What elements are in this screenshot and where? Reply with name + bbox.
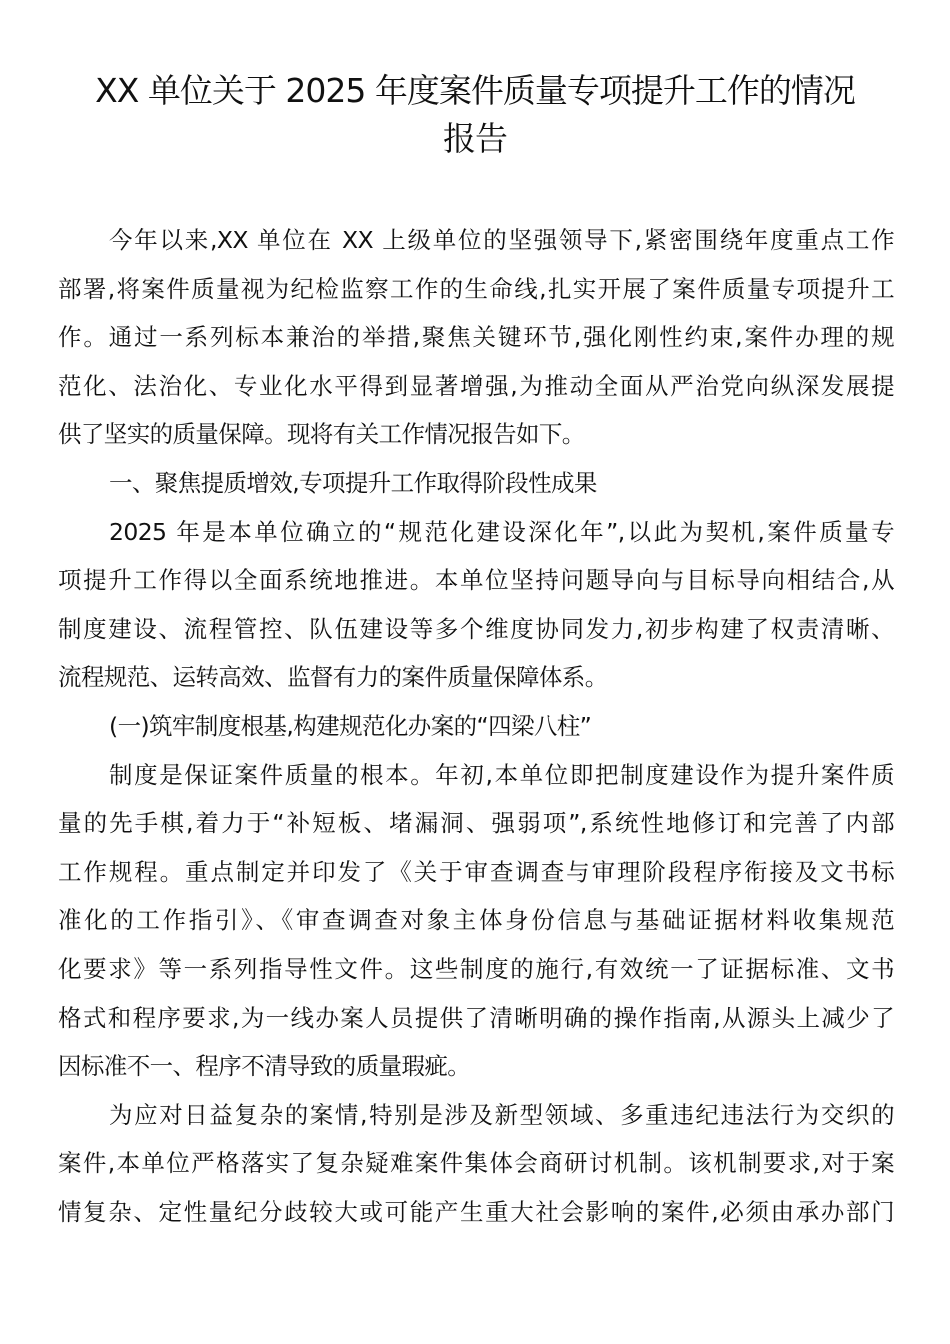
document-page: XX 单位关于 2025 年度案件质量专项提升工作的情况 报告 今年以来,XX …: [0, 0, 950, 1344]
text-line: 工作规程。重点制定并印发了《关于审查调查与审理阶段程序衔接及文书标: [58, 852, 894, 901]
body-paragraph: 2025 年是本单位确立的“规范化建设深化年”,以此为契机,案件质量专 项提升工…: [58, 512, 894, 706]
text-line: 范化、法治化、专业化水平得到显著增强,为推动全面从严治党向纵深发展提: [58, 366, 894, 415]
title-line-1: XX 单位关于 2025 年度案件质量专项提升工作的情况: [0, 67, 950, 115]
document-body: 今年以来,XX 单位在 XX 上级单位的坚强领导下,紧密围绕年度重点工作 部署,…: [58, 220, 894, 1240]
text-line: 项提升工作得以全面系统地推进。本单位坚持问题导向与目标导向相结合,从: [58, 560, 894, 609]
heading-text: (一)筑牢制度根基,构建规范化办案的“四梁八柱”: [58, 706, 894, 755]
text-line: 制度建设、流程管控、队伍建设等多个维度协同发力,初步构建了权责清晰、: [58, 609, 894, 658]
title-line-2: 报告: [0, 115, 950, 163]
body-paragraph: 为应对日益复杂的案情,特别是涉及新型领域、多重违纪违法行为交织的 案件,本单位严…: [58, 1095, 894, 1241]
subsection-heading-1: (一)筑牢制度根基,构建规范化办案的“四梁八柱”: [58, 706, 894, 755]
text-line: 制度是保证案件质量的根本。年初,本单位即把制度建设作为提升案件质: [58, 755, 894, 804]
heading-text: 一、聚焦提质增效,专项提升工作取得阶段性成果: [58, 463, 894, 512]
text-line: 今年以来,XX 单位在 XX 上级单位的坚强领导下,紧密围绕年度重点工作: [58, 220, 894, 269]
text-line: 部署,将案件质量视为纪检监察工作的生命线,扎实开展了案件质量专项提升工: [58, 269, 894, 318]
text-line: 因标准不一、程序不清导致的质量瑕疵。: [58, 1046, 894, 1095]
text-line: 情复杂、定性量纪分歧较大或可能产生重大社会影响的案件,必须由承办部门: [58, 1192, 894, 1241]
text-line: 为应对日益复杂的案情,特别是涉及新型领域、多重违纪违法行为交织的: [58, 1095, 894, 1144]
text-line: 准化的工作指引》、《审查调查对象主体身份信息与基础证据材料收集规范: [58, 900, 894, 949]
text-line: 供了坚实的质量保障。现将有关工作情况报告如下。: [58, 414, 894, 463]
text-line: 2025 年是本单位确立的“规范化建设深化年”,以此为契机,案件质量专: [58, 512, 894, 561]
section-heading-1: 一、聚焦提质增效,专项提升工作取得阶段性成果: [58, 463, 894, 512]
body-paragraph: 制度是保证案件质量的根本。年初,本单位即把制度建设作为提升案件质 量的先手棋,着…: [58, 755, 894, 1095]
text-line: 案件,本单位严格落实了复杂疑难案件集体会商研讨机制。该机制要求,对于案: [58, 1143, 894, 1192]
text-line: 作。通过一系列标本兼治的举措,聚焦关键环节,强化刚性约束,案件办理的规: [58, 317, 894, 366]
text-line: 流程规范、运转高效、监督有力的案件质量保障体系。: [58, 657, 894, 706]
text-line: 量的先手棋,着力于“补短板、堵漏洞、强弱项”,系统性地修订和完善了内部: [58, 803, 894, 852]
text-line: 化要求》等一系列指导性文件。这些制度的施行,有效统一了证据标准、文书: [58, 949, 894, 998]
intro-paragraph: 今年以来,XX 单位在 XX 上级单位的坚强领导下,紧密围绕年度重点工作 部署,…: [58, 220, 894, 463]
document-title: XX 单位关于 2025 年度案件质量专项提升工作的情况 报告: [0, 67, 950, 163]
text-line: 格式和程序要求,为一线办案人员提供了清晰明确的操作指南,从源头上减少了: [58, 998, 894, 1047]
